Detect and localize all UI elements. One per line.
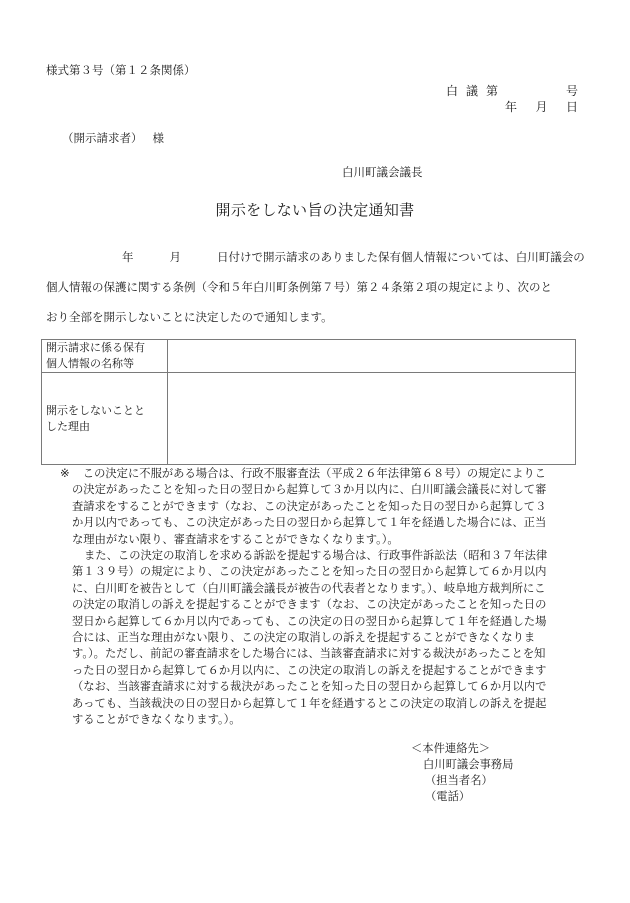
date-month: 月 [535, 98, 547, 115]
reference-number-blank [506, 82, 558, 99]
note-appeal: ※ この決定に不服がある場合は、行政不服審査法（平成２６年法律第６８号）の規定に… [60, 466, 580, 548]
date-year: 年 [505, 98, 517, 115]
form-number: 様式第３号（第１２条関係） [46, 62, 196, 78]
reference-prefix-2: 議 [466, 82, 478, 99]
sender: 白川町議会議長 [342, 164, 423, 180]
body-line-3: おり全部を開示しないことに決定したので通知します。 [46, 302, 580, 332]
recipient: （開示請求者）様 [62, 130, 164, 146]
info-table: 開示請求に係る保有 個人情報の名称等 開示をしないことと した理由 [41, 339, 576, 465]
body-line-1-rest: 日付けで開示請求のありました保有個人情報については、白川町議会の [217, 250, 585, 264]
note-mark: ※ [60, 466, 72, 482]
table-label-reason: 開示をしないことと した理由 [42, 373, 168, 465]
date-day: 日 [566, 98, 578, 115]
reference-prefix-1: 白 [446, 82, 458, 99]
contact-person: （担当者名） [411, 773, 513, 789]
body-month: 月 [170, 250, 182, 264]
table-row: 開示をしないことと した理由 [42, 373, 576, 465]
recipient-honorific: 様 [153, 131, 165, 145]
body-paragraph: 年月日付けで開示請求のありました保有個人情報については、白川町議会の 個人情報の… [46, 242, 580, 332]
reference-prefix-3: 第 [486, 82, 498, 99]
document-title: 開示をしない旨の決定通知書 [0, 199, 630, 220]
notes-section: ※ この決定に不服がある場合は、行政不服審査法（平成２６年法律第６８号）の規定に… [60, 466, 580, 729]
reference-number: 白 議 第 号 [446, 82, 578, 99]
body-line-2: 個人情報の保護に関する条例（令和５年白川町条例第７号）第２４条第２項の規定により… [46, 272, 580, 302]
body-year: 年 [122, 250, 134, 264]
contact-info: ＜本件連絡先＞ 白川町議会事務局 （担当者名） （電話） [411, 741, 513, 805]
table-row: 開示請求に係る保有 個人情報の名称等 [42, 340, 576, 373]
table-value-reason[interactable] [168, 373, 576, 465]
body-line-1: 年月日付けで開示請求のありました保有個人情報については、白川町議会の [46, 242, 580, 272]
contact-office: 白川町議会事務局 [411, 757, 513, 773]
recipient-name: （開示請求者） [62, 131, 143, 145]
contact-phone: （電話） [411, 789, 513, 805]
table-value-info-name[interactable] [168, 340, 576, 373]
contact-heading: ＜本件連絡先＞ [411, 741, 513, 757]
issue-date: 年 月 日 [505, 98, 578, 115]
reference-suffix: 号 [566, 82, 578, 99]
table-label-info-name: 開示請求に係る保有 個人情報の名称等 [42, 340, 168, 373]
note-lawsuit: また、この決定の取消しを求める訴訟を提起する場合は、行政事件訴訟法（昭和３７年法… [60, 548, 580, 728]
